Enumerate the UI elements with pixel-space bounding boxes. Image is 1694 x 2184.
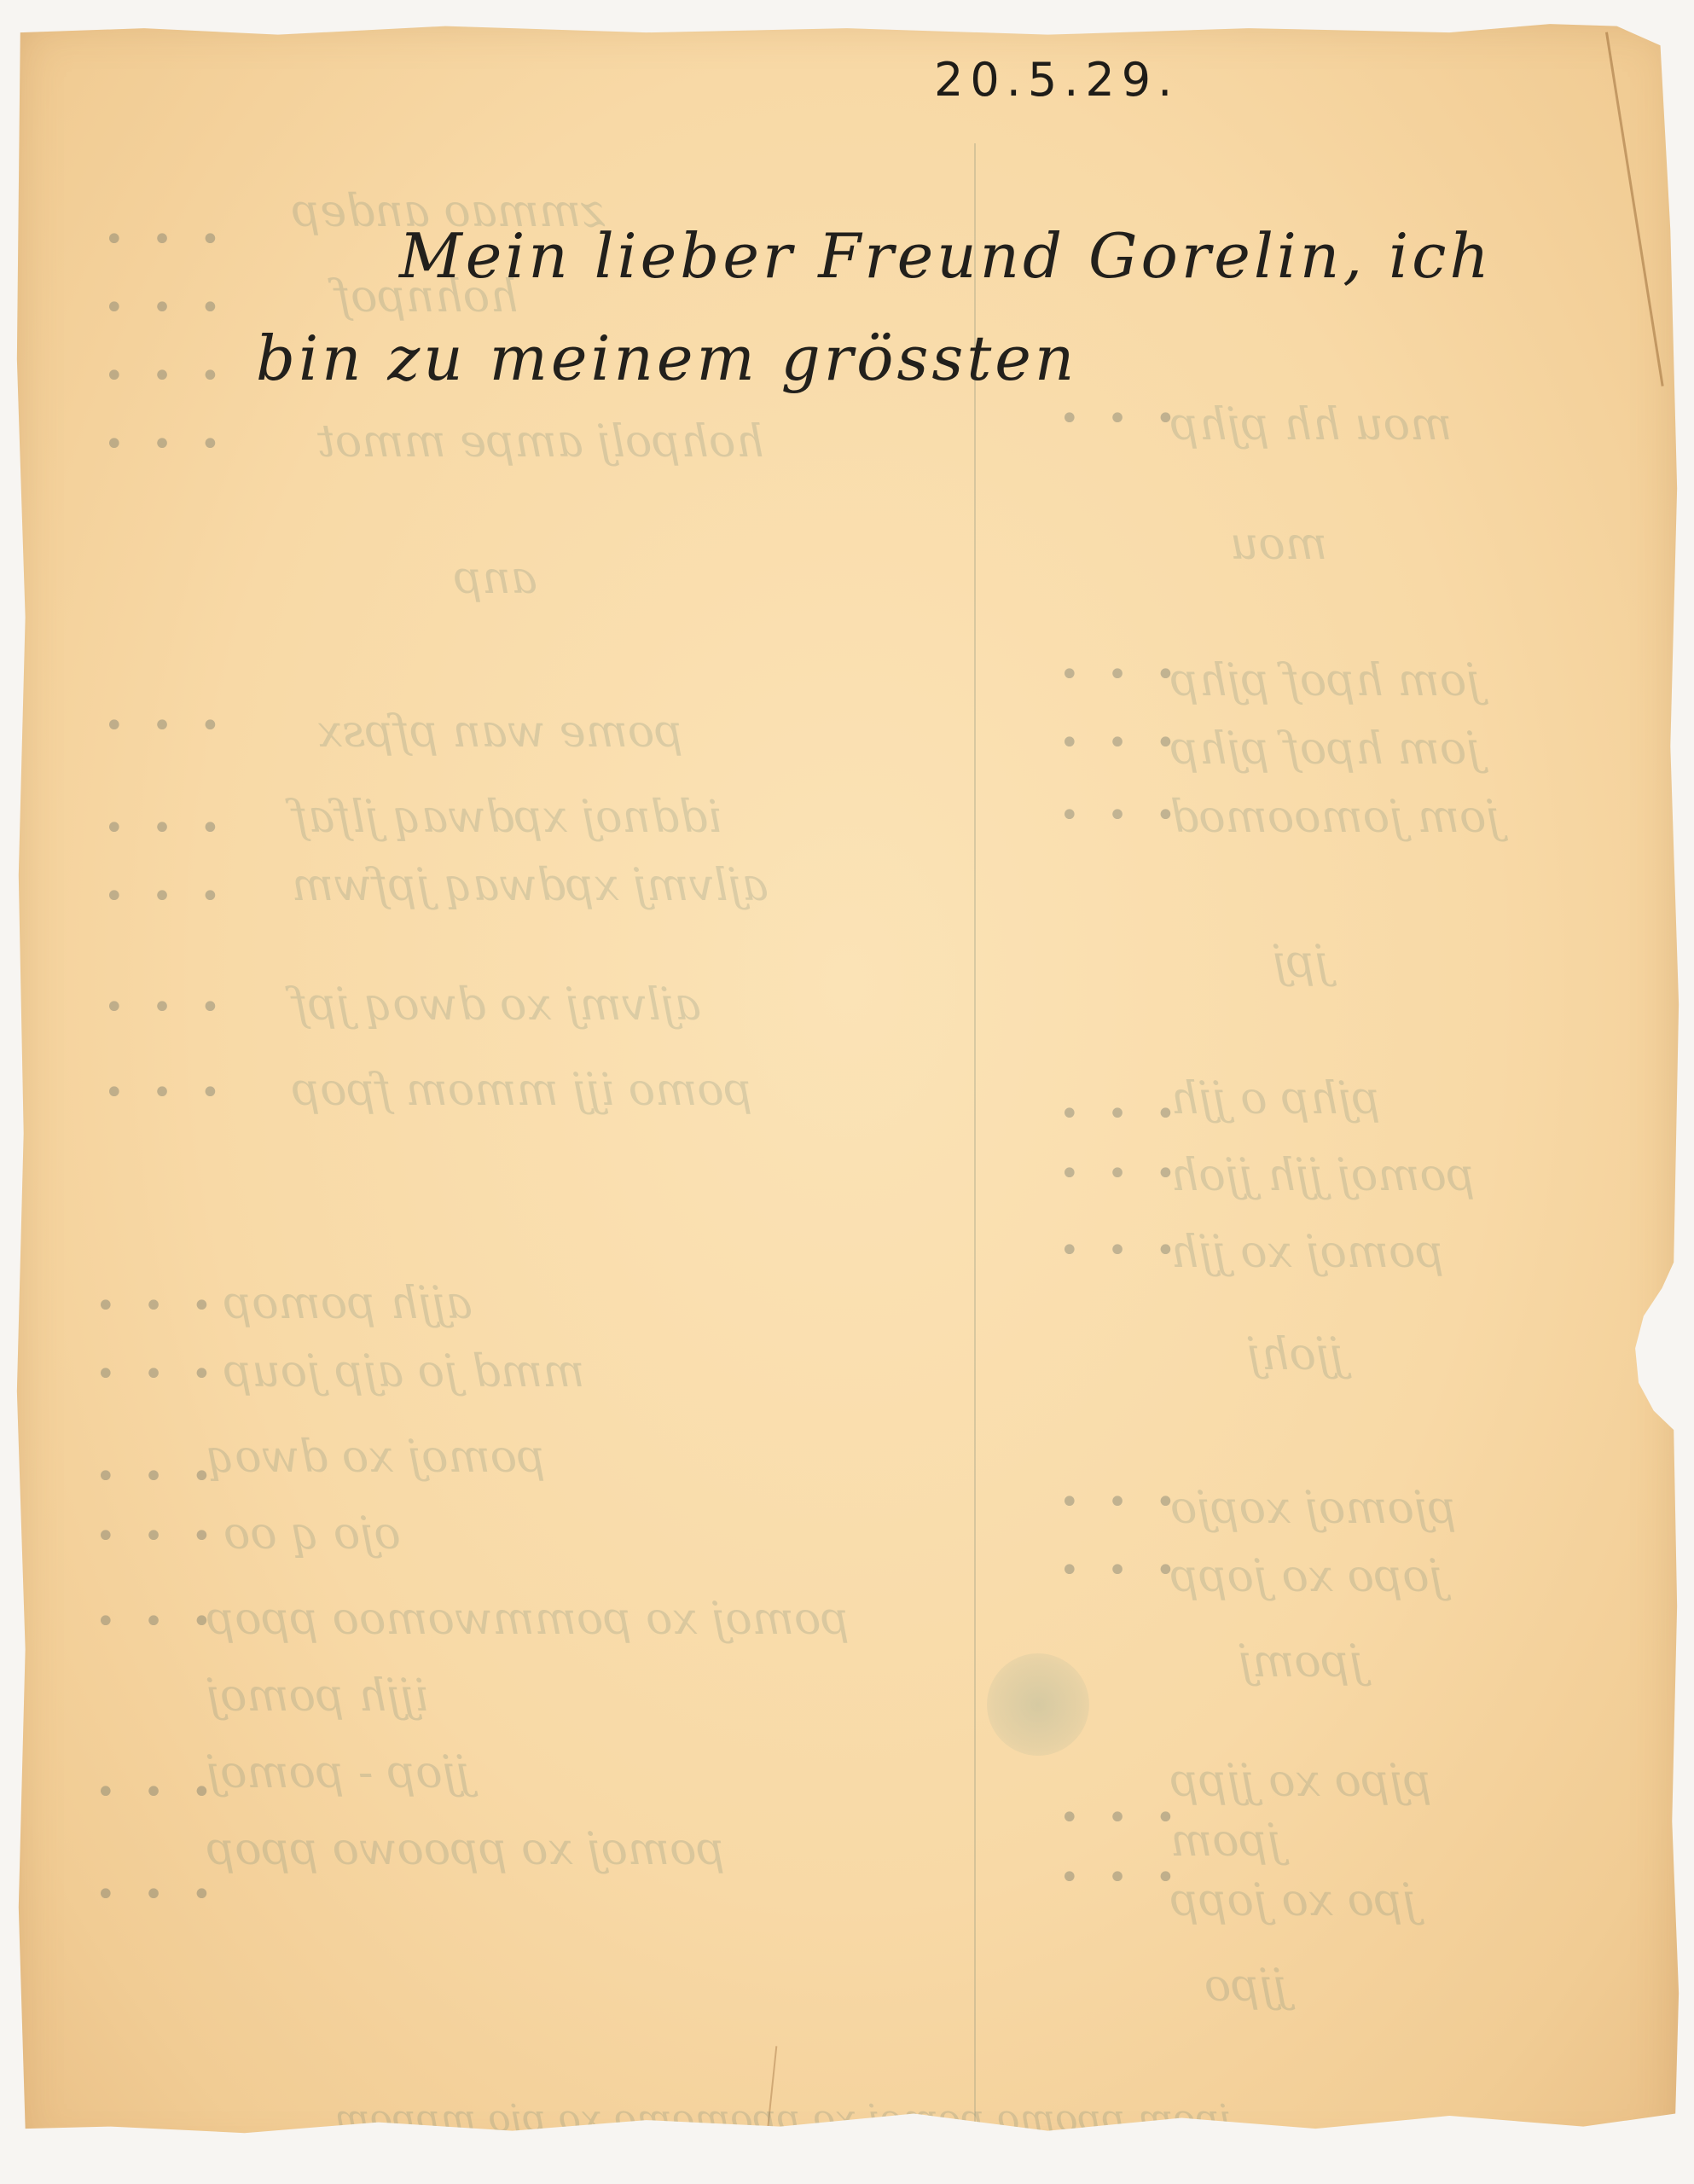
dot-leader: • • • [1059, 1231, 1184, 1270]
dot-leader: • • • [1059, 1858, 1184, 1897]
bleed-through-text: jjpo [1204, 1960, 1287, 2012]
dot-leader: • • • [104, 988, 229, 1027]
dot-leader: • • • [96, 1773, 220, 1812]
corner-fold-crease [1605, 32, 1664, 386]
dot-leader: • • • [104, 877, 229, 916]
dot-leader: • • • [1059, 796, 1184, 835]
bleed-through-text: pome wan pfpsx [317, 706, 683, 758]
bleed-through-text: iddnoj xpdwaq jlfaf [292, 792, 722, 843]
bleed-through-text: jom jomoomod [1170, 792, 1500, 843]
bleed-through-text: jpom [1170, 1815, 1281, 1867]
dot-leader: • • • [1059, 1551, 1184, 1590]
letter-line-2: bin zu meinem grössten [256, 322, 1077, 394]
dot-leader: • • • [1059, 399, 1184, 439]
bleed-through-text: jpomj [1239, 1636, 1363, 1687]
dot-leader: • • • [104, 220, 229, 259]
dot-leader: • • • [1059, 1095, 1184, 1134]
bleed-through-text: pomoj xo dwoq [206, 1432, 545, 1483]
dot-leader: • • • [96, 1875, 220, 1914]
bleed-through-text: anp [454, 553, 537, 604]
bleed-through-text: pjhp o jjh [1170, 1073, 1380, 1124]
dot-leader: • • • [96, 1457, 220, 1496]
vertical-fold-crease [974, 143, 976, 2140]
bleed-through-text: ijjh pomoj [206, 1670, 428, 1722]
dot-leader: • • • [104, 706, 229, 746]
dot-leader: • • • [1059, 1154, 1184, 1194]
dot-leader: • • • [96, 1287, 220, 1326]
dot-leader: • • • [104, 425, 229, 464]
bleed-through-text: jpj [1273, 937, 1329, 988]
bleed-through-text: pomoj xo ppoowo ppop [206, 1824, 725, 1875]
dot-leader: • • • [1059, 723, 1184, 763]
bleed-through-text: pomoj xo pommwomoo ppop [206, 1594, 850, 1645]
bleed-through-text: jjop - pomoj [206, 1747, 470, 1798]
dot-leader: • • • [96, 1355, 220, 1394]
bleed-through-text: mou [1230, 519, 1327, 570]
letter-line-1: Mein lieber Freund Gorelin, ich [399, 220, 1493, 292]
bleed-through-text: pomo ijj mmom fpop [292, 1065, 752, 1116]
bleed-through-text: ajlvmj xpdwaq jpfwm [292, 860, 769, 911]
bleed-through-text: jom hpof pjhp [1170, 655, 1480, 706]
dot-leader: • • • [1059, 1483, 1184, 1522]
dot-leader: • • • [96, 1517, 220, 1556]
water-stain [987, 1653, 1089, 1756]
dot-leader: • • • [1059, 1798, 1184, 1838]
bleed-through-text: mou hh pjhp [1170, 399, 1452, 450]
bleed-through-text: jopo xo jopp [1170, 1551, 1443, 1602]
dot-leader: • • • [104, 357, 229, 396]
dot-leader: • • • [1059, 655, 1184, 694]
bleed-through-text: pjomoj xopjo [1170, 1483, 1456, 1534]
bleed-through-text: jom hpof pjhp [1170, 723, 1480, 775]
dot-leader: • • • [104, 809, 229, 848]
bleed-through-text: jjohj [1247, 1329, 1343, 1380]
bleed-through-text: ajjh pomop [223, 1278, 473, 1329]
bleed-through-text: pjpo xo jjpp [1170, 1756, 1432, 1807]
bleed-through-text: mmd jo ajp joup [223, 1346, 585, 1397]
bleed-through-text: hohpolj ampe mmot [317, 416, 764, 468]
bleed-through-text: pomoj xo jjh [1170, 1227, 1444, 1278]
bleed-through-text: ojo q oo [223, 1508, 401, 1560]
dot-leader: • • • [104, 1073, 229, 1112]
bleed-through-text: ajlvmj xo dwoq jpf [292, 979, 701, 1031]
dot-leader: • • • [96, 1602, 220, 1641]
bleed-through-text: pomoj jjh jjoh [1170, 1150, 1475, 1201]
scanned-page: zmmao andep hohnpof hohpolj ampe mmot an… [0, 0, 1694, 2184]
bleed-through-text: jpom ppomo pomoj xo ppomomo xo pjo mppom [334, 2097, 1232, 2140]
bleed-through-text: jpo xo jopp [1170, 1875, 1416, 1926]
dot-leader: • • • [104, 288, 229, 328]
letter-date: 20.5.29. [934, 53, 1179, 107]
